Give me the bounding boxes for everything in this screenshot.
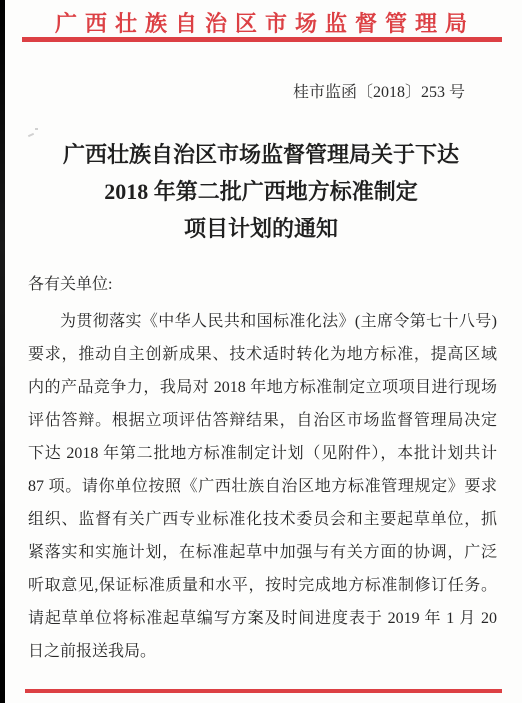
letterhead-red-rule	[22, 37, 502, 42]
document-number: 桂市监函〔2018〕253 号	[0, 79, 465, 102]
notice-title-line: 项目计划的通知	[0, 210, 522, 247]
body-line: 评估答辩。根据立项评估答辩结果，自治区市场监督管理局决定	[28, 404, 497, 437]
body-line: 紧落实和实施计划，在标准起草中加强与有关方面的协调，广泛	[28, 536, 497, 569]
body-line: 87 项。请你单位按照《广西壮族自治区地方标准管理规定》要求	[28, 470, 497, 503]
document-page: 广西壮族自治区市场监督管理局 桂市监函〔2018〕253 号 广西壮族自治区市场…	[0, 0, 522, 703]
notice-title-line: 广西壮族自治区市场监督管理局关于下达	[0, 136, 522, 173]
body-line: 内的产品竞争力，我局对 2018 年地方标准制定立项项目进行现场	[28, 371, 497, 404]
salutation: 各有关单位:	[28, 268, 497, 301]
body-line: 为贯彻落实《中华人民共和国标准化法》(主席令第七十八号)	[28, 305, 497, 338]
footer-red-rule	[25, 689, 502, 693]
body-line: 组织、监督有关广西专业标准化技术委员会和主要起草单位，抓	[28, 503, 497, 536]
letterhead-agency-name: 广西壮族自治区市场监督管理局	[8, 7, 514, 38]
body-line: 请起草单位将标准起草编写方案及时间进度表于 2019 年 1 月 20	[28, 602, 497, 635]
notice-title-line: 2018 年第二批广西地方标准制定	[0, 173, 522, 210]
body-text: 各有关单位: 为贯彻落实《中华人民共和国标准化法》(主席令第七十八号) 要求，推…	[28, 268, 497, 668]
scan-edge-artifact	[0, 0, 5, 703]
body-line: 下达 2018 年第二批地方标准制定计划（见附件），本批计划共计	[28, 437, 497, 470]
body-line: 日之前报送我局。	[28, 635, 497, 668]
scan-speck	[35, 128, 38, 130]
body-line: 听取意见,保证标准质量和水平，按时完成地方标准制修订任务。	[28, 569, 497, 602]
notice-title: 广西壮族自治区市场监督管理局关于下达 2018 年第二批广西地方标准制定 项目计…	[0, 136, 522, 247]
body-line: 要求，推动自主创新成果、技术适时转化为地方标准，提高区域	[28, 338, 497, 371]
